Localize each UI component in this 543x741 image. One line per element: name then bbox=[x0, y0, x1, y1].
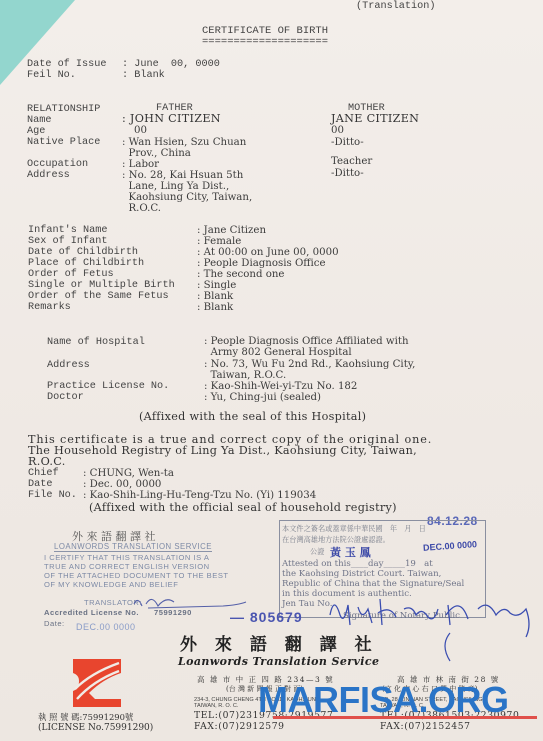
infant-name-value: : Jane Citizen bbox=[197, 225, 266, 236]
practice-license-value: : Kao-Shih-Wei-yi-Tzu No. 182 bbox=[204, 381, 357, 392]
infant-sex-label: Sex of Infant bbox=[28, 236, 107, 247]
same-fetus-order-label: Order of the Same Fetus bbox=[28, 291, 169, 302]
hospital-address-value: : No. 73, Wu Fu 2nd Rd., Kaohsiung City,… bbox=[204, 359, 415, 381]
file-no-label: File No. bbox=[28, 490, 77, 501]
serial-number: — 805679 bbox=[230, 609, 303, 625]
childbirth-date-value: : At 00:00 on June 00, 0000 bbox=[197, 247, 339, 258]
mother-address: -Ditto- bbox=[331, 168, 364, 179]
infant-sex-value: : Female bbox=[197, 236, 241, 247]
registry-date-label: Date bbox=[28, 479, 52, 490]
mother-occupation: Teacher bbox=[331, 156, 372, 167]
address-label: Address bbox=[27, 170, 70, 181]
date-of-issue-label: Date of Issue bbox=[27, 59, 106, 70]
watermark-underline bbox=[273, 716, 537, 719]
remarks-label: Remarks bbox=[28, 302, 71, 313]
childbirth-place-label: Place of Childbirth bbox=[28, 258, 144, 269]
registry-seal-note: (Affixed with the official seal of house… bbox=[89, 502, 397, 514]
agency-license-chinese: 執 照 號 碼:75991290號 bbox=[38, 711, 133, 723]
translation-label: (Translation) bbox=[356, 1, 435, 12]
name-label: Name bbox=[27, 115, 51, 126]
certify-line-3: R.O.C. bbox=[28, 456, 66, 468]
registry-date-value: : Dec. 00, 0000 bbox=[83, 479, 161, 490]
occupation-label: Occupation bbox=[27, 159, 88, 170]
relationship-header: RELATIONSHIP bbox=[27, 104, 100, 115]
translator-stamp-english-name: LOANWORDS TRANSLATION SERVICE bbox=[54, 542, 212, 552]
office2-fax: FAX:(07)2152457 bbox=[380, 722, 471, 732]
hospital-seal-note: (Affixed with the seal of this Hospital) bbox=[139, 411, 366, 423]
childbirth-date-label: Date of Childbirth bbox=[28, 247, 138, 258]
doctor-label: Doctor bbox=[47, 392, 84, 403]
translator-certify-text: I CERTIFY THAT THIS TRANSLATION IS A TRU… bbox=[44, 553, 229, 589]
hospital-address-label: Address bbox=[47, 360, 90, 371]
agency-license-english: (LICENSE No.75991290) bbox=[38, 723, 153, 733]
father-age: 00 bbox=[134, 125, 147, 136]
mother-name: JANE CITIZEN bbox=[331, 113, 419, 125]
native-place-label: Native Place bbox=[27, 137, 100, 148]
accredited-license-label: Accredited License No. bbox=[44, 608, 139, 617]
birth-certificate-page: (Translation) CERTIFICATE OF BIRTH =====… bbox=[0, 0, 543, 741]
feil-no-label: Feil No. bbox=[27, 70, 76, 81]
father-address: : No. 28, Kai Hsuan 5th Lane, Ling Ya Di… bbox=[122, 170, 252, 214]
chief-label: Chief bbox=[28, 468, 59, 479]
hospital-name-label: Name of Hospital bbox=[47, 337, 145, 348]
notary-chinese-name: 黃 玉 鳳 bbox=[330, 544, 371, 560]
doctor-value: : Yu, Ching-jui (sealed) bbox=[204, 392, 321, 403]
birth-type-label: Single or Multiple Birth bbox=[28, 280, 175, 291]
chief-value: : CHUNG, Wen-ta bbox=[83, 468, 174, 479]
same-fetus-order-value: : Blank bbox=[197, 291, 233, 302]
fetus-order-label: Order of Fetus bbox=[28, 269, 114, 280]
certify-line-2: The Household Registry of Ling Ya Dist.,… bbox=[28, 445, 417, 457]
notary-chinese-line-1: 本文件之簽名或蓋章係中華民國 年 月 日 bbox=[282, 524, 426, 534]
father-occupation: : Labor bbox=[122, 159, 159, 170]
notary-line-2: the Kaohsing District Court. Taiwan, bbox=[282, 569, 441, 579]
title-underline: ==================== bbox=[202, 37, 328, 48]
fetus-order-value: : The second one bbox=[197, 269, 284, 280]
agency-logo-icon bbox=[73, 659, 123, 707]
translator-date-label: Date: bbox=[44, 619, 65, 628]
mother-native-place: -Ditto- bbox=[331, 137, 364, 148]
date-of-issue-value: : June 00, 0000 bbox=[122, 59, 220, 70]
father-name: : JOHN CITIZEN bbox=[122, 113, 221, 125]
accredited-license-number: 75991290 bbox=[154, 608, 192, 617]
birth-type-value: : Single bbox=[197, 280, 236, 291]
office1-fax: FAX:(07)2912579 bbox=[194, 722, 285, 732]
practice-license-label: Practice License No. bbox=[47, 381, 169, 392]
notary-line-1: Attested on this____day_____19 at bbox=[282, 559, 433, 569]
mother-age: 00 bbox=[331, 125, 344, 136]
watermark-text: MARFISA.ORG bbox=[258, 680, 509, 720]
agency-chinese-name: 外 來 語 翻 譯 社 bbox=[180, 630, 378, 655]
notary-chinese-label: 公證 bbox=[310, 547, 324, 557]
remarks-value: : Blank bbox=[197, 302, 233, 313]
infant-name-label: Infant's Name bbox=[28, 225, 107, 236]
translator-date-stamp: DEC.00 0000 bbox=[76, 623, 136, 632]
hospital-name-value: : People Diagnosis Office Affiliated wit… bbox=[204, 336, 409, 358]
agency-english-name: Loanwords Translation Service bbox=[178, 655, 379, 668]
age-label: Age bbox=[27, 126, 45, 137]
feil-no-value: : Blank bbox=[122, 70, 165, 81]
childbirth-place-value: : People Diagnosis Office bbox=[197, 258, 326, 269]
father-native-place: : Wan Hsien, Szu Chuan Prov., China bbox=[122, 137, 246, 159]
file-no-value: : Kao-Shih-Ling-Hu-Teng-Tzu No. (Yi) 119… bbox=[83, 490, 316, 501]
